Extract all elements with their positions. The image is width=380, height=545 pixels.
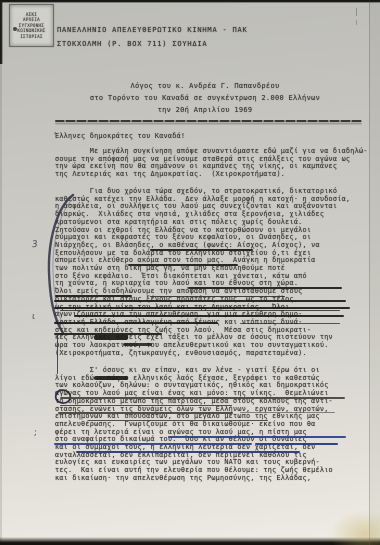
paragraph-2: Για δυο χρόνια τώρα σχεδόν, το στρατοκρα… <box>55 188 350 357</box>
speech-title-line3: την 20ή Απριλίου 1969 <box>55 104 355 116</box>
paragraph-1: Με μεγάλη συγκίνηση απόψε συναντιόμαστε … <box>55 148 368 179</box>
scan-edge-left <box>0 0 3 64</box>
paper-stain <box>330 510 380 545</box>
paragraph-3: Σ' όσους κι αν είπαν, και αν λένε - γιατ… <box>55 367 333 483</box>
stamp-ink-dot <box>13 27 17 31</box>
margin-pen-glyph: 3 <box>31 240 38 251</box>
ink-mark-blob <box>356 20 357 25</box>
salutation: Έλληνες δημοκράτες του Καναδά! <box>55 133 185 141</box>
archive-stamp: ΑΣΚΙ ΑΡΧΕΙΑ ΣΥΓΧΡΟΝΗΣ ΚΟΙΝΩΝΙΚΗΣ ΙΣΤΟΡΙΑ… <box>9 4 54 47</box>
scanned-page: ΑΣΚΙ ΑΡΧΕΙΑ ΣΥΓΧΡΟΝΗΣ ΚΟΙΝΩΝΙΚΗΣ ΙΣΤΟΡΙΑ… <box>0 0 380 545</box>
page-right-strip <box>370 0 380 545</box>
scan-edge-top <box>0 0 380 3</box>
letterhead-line2: ΣΤΟΚΧΟΛΜΗ (Ρ. ΒΟΧ 711) ΣΟΥΗΔΙΑ <box>57 37 207 51</box>
scan-edge-bottom <box>0 537 380 545</box>
scan-edge-left-shade <box>0 60 2 545</box>
margin-pen-glyph: ι <box>31 312 35 322</box>
title-rule <box>55 120 362 122</box>
speech-title-line2: στο Τορόντο του Καναδά σε συγκέντρωση 2.… <box>55 92 355 104</box>
letterhead-line1: ΠΑΝΕΛΛΗΝΙΟ ΑΠΕΛΕΥΘΕΡΩΤΙΚΟ ΚΙΝΗΜΑ - ΠΑΚ <box>57 23 248 37</box>
speech-title-line1: Λόγος του κ. Ανδρέα Γ. Παπανδρέου <box>55 80 355 92</box>
stamp-row: ΙΣΤΟΡΙΑΣ <box>20 34 43 40</box>
ink-mark-blob <box>356 8 357 16</box>
page-right-edge-line <box>369 0 370 545</box>
margin-pen-glyph: ; <box>33 428 37 438</box>
